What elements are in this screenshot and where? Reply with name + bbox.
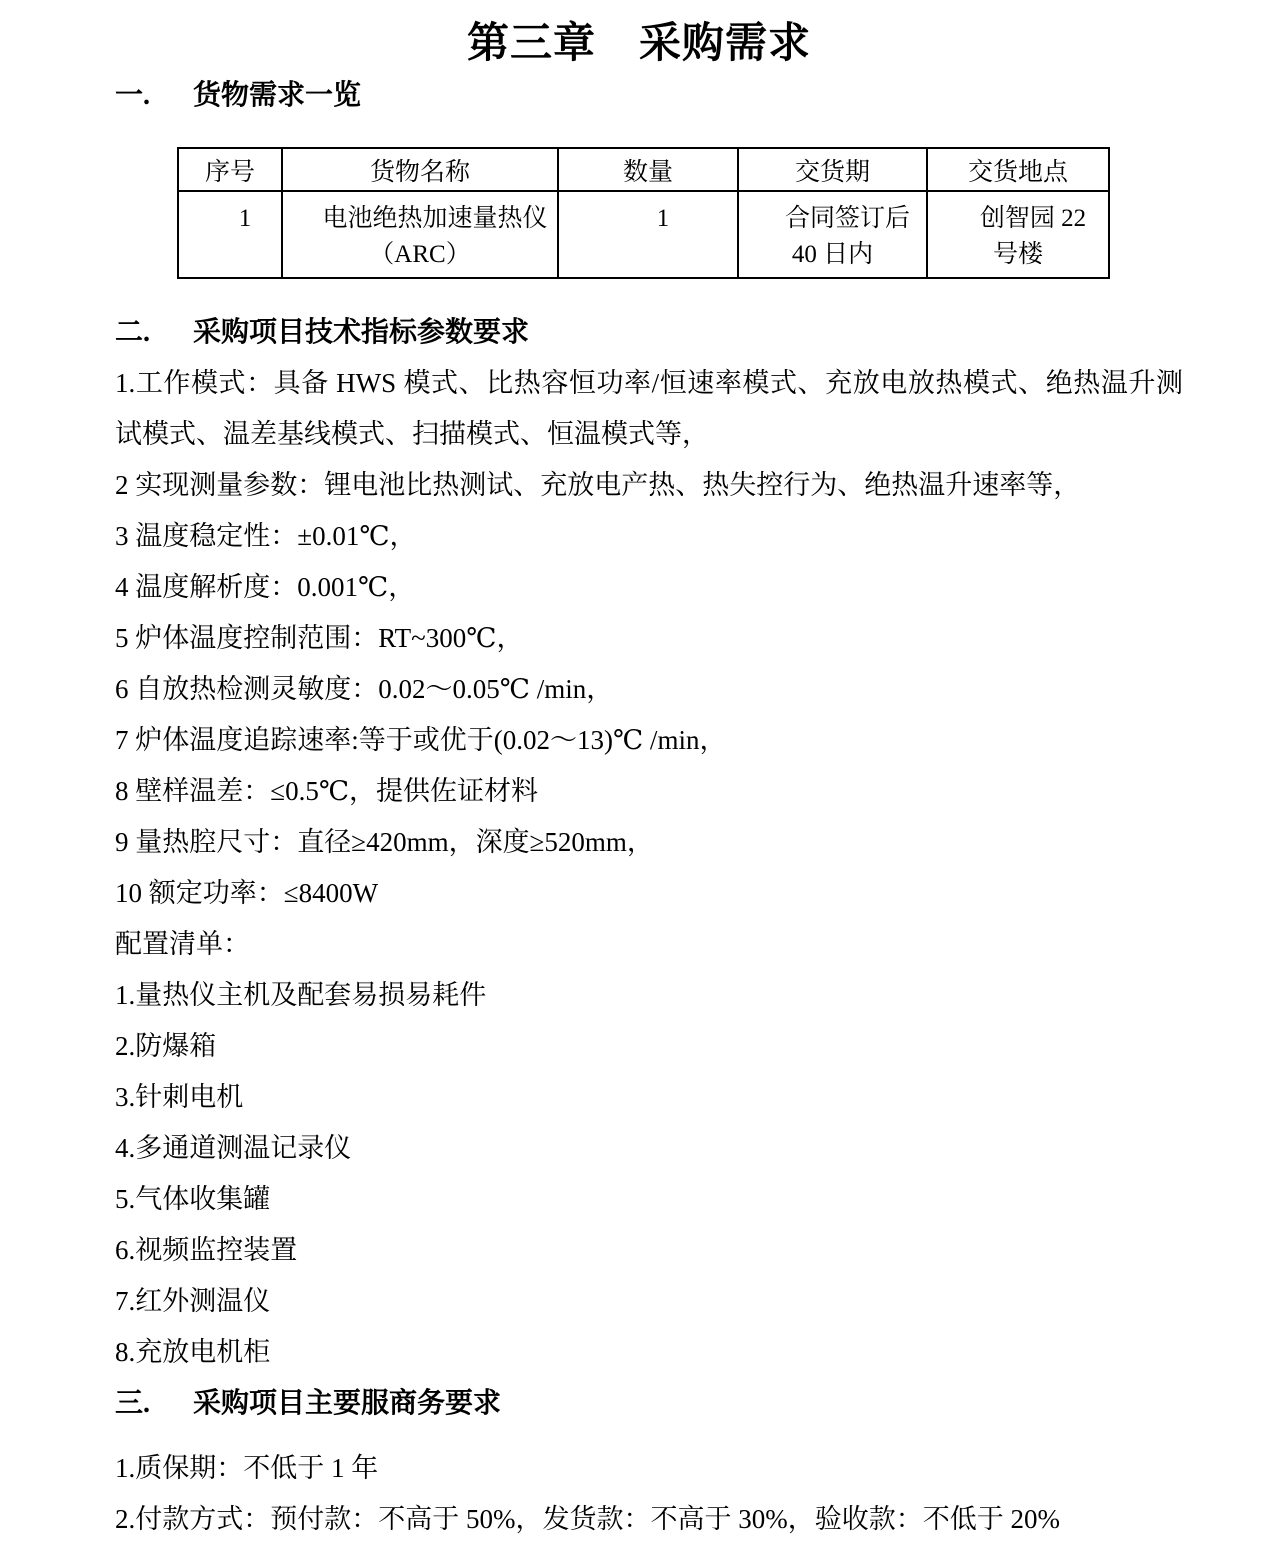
chapter-title: 第三章 采购需求: [0, 0, 1278, 68]
goods-name-line2: （ARC）: [283, 237, 557, 273]
config-list-item: 6.视频监控装置: [115, 1225, 1183, 1276]
service-requirement-item: 2.付款方式：预付款：不高于 50%，发货款：不高于 30%，验收款：不低于 2…: [115, 1494, 1183, 1542]
section-2-heading: 二.采购项目技术指标参数要求: [115, 307, 1183, 358]
config-list-item: 3.针刺电机: [115, 1072, 1183, 1123]
tech-requirement-item: 8 壁样温差：≤0.5℃，提供佐证材料: [115, 766, 1183, 817]
tech-requirement-item: 6 自放热检测灵敏度：0.02～0.05℃ /min，: [115, 664, 1183, 715]
cell-delivery-time: 合同签订后 40 日内: [738, 191, 927, 278]
tech-requirement-item: 9 量热腔尺寸：直径≥420mm，深度≥520mm，: [115, 817, 1183, 868]
goods-table-header-cell: 数量: [558, 148, 738, 191]
delivery-time-line1: 合同签订后: [739, 201, 926, 237]
section-2-label: 采购项目技术指标参数要求: [193, 317, 529, 348]
goods-index: 1: [179, 201, 281, 237]
tech-requirement-item: 10 额定功率：≤8400W: [115, 868, 1183, 919]
section-1-heading: 一.货物需求一览: [115, 80, 1278, 112]
document-body: 二.采购项目技术指标参数要求 1.工作模式：具备 HWS 模式、比热容恒功率/恒…: [115, 307, 1183, 1542]
goods-table: 序号货物名称数量交货期交货地点 1 电池绝热加速量热仪 （ARC） 1 合同签订…: [177, 147, 1110, 279]
config-list: 1.量热仪主机及配套易损易耗件2.防爆箱3.针刺电机4.多通道测温记录仪5.气体…: [115, 970, 1183, 1378]
document-page: 第三章 采购需求 一.货物需求一览 序号货物名称数量交货期交货地点 1 电池绝热…: [0, 0, 1278, 1542]
tech-requirement-item: 7 炉体温度追踪速率:等于或优于(0.02～13)℃ /min，: [115, 715, 1183, 766]
config-list-item: 1.量热仪主机及配套易损易耗件: [115, 970, 1183, 1021]
service-requirements-list: 1.质保期：不低于 1 年2.付款方式：预付款：不高于 50%，发货款：不高于 …: [115, 1443, 1183, 1542]
goods-name-line1: 电池绝热加速量热仪: [283, 201, 557, 237]
config-list-item: 4.多通道测温记录仪: [115, 1123, 1183, 1174]
section-3-number: 三.: [115, 1378, 193, 1429]
cell-index: 1: [178, 191, 282, 278]
cell-delivery-place: 创智园 22 号楼: [927, 191, 1109, 278]
cell-quantity: 1: [558, 191, 738, 278]
tech-requirement-item: 3 温度稳定性：±0.01℃，: [115, 511, 1183, 562]
config-list-item: 8.充放电机柜: [115, 1327, 1183, 1378]
tech-requirement-item: 1.工作模式：具备 HWS 模式、比热容恒功率/恒速率模式、充放电放热模式、绝热…: [115, 358, 1183, 460]
goods-table-header-row: 序号货物名称数量交货期交货地点: [178, 148, 1109, 191]
delivery-place-line2: 号楼: [928, 237, 1108, 273]
goods-quantity: 1: [559, 201, 737, 237]
config-list-item: 2.防爆箱: [115, 1021, 1183, 1072]
tech-requirements-list: 1.工作模式：具备 HWS 模式、比热容恒功率/恒速率模式、充放电放热模式、绝热…: [115, 358, 1183, 919]
service-requirement-item: 1.质保期：不低于 1 年: [115, 1443, 1183, 1494]
config-list-heading: 配置清单：: [115, 919, 1183, 970]
delivery-time-line2: 40 日内: [739, 237, 926, 273]
goods-table-header-cell: 交货期: [738, 148, 927, 191]
section-3-label: 采购项目主要服商务要求: [193, 1388, 501, 1419]
tech-requirement-item: 5 炉体温度控制范围：RT~300℃，: [115, 613, 1183, 664]
tech-requirement-item: 2 实现测量参数：锂电池比热测试、充放电产热、热失控行为、绝热温升速率等，: [115, 460, 1183, 511]
section-2-number: 二.: [115, 307, 193, 358]
goods-table-header-cell: 序号: [178, 148, 282, 191]
goods-table-header-cell: 交货地点: [927, 148, 1109, 191]
goods-table-header-cell: 货物名称: [282, 148, 558, 191]
section-3-heading: 三.采购项目主要服商务要求: [115, 1378, 1183, 1429]
section-1-label: 货物需求一览: [193, 80, 361, 111]
section-1-number: 一.: [115, 80, 193, 112]
cell-goods-name: 电池绝热加速量热仪 （ARC）: [282, 191, 558, 278]
config-list-item: 5.气体收集罐: [115, 1174, 1183, 1225]
config-list-item: 7.红外测温仪: [115, 1276, 1183, 1327]
goods-table-row: 1 电池绝热加速量热仪 （ARC） 1 合同签订后 40 日内 创智园 22 号…: [178, 191, 1109, 278]
tech-requirement-item: 4 温度解析度：0.001℃，: [115, 562, 1183, 613]
delivery-place-line1: 创智园 22: [928, 201, 1108, 237]
